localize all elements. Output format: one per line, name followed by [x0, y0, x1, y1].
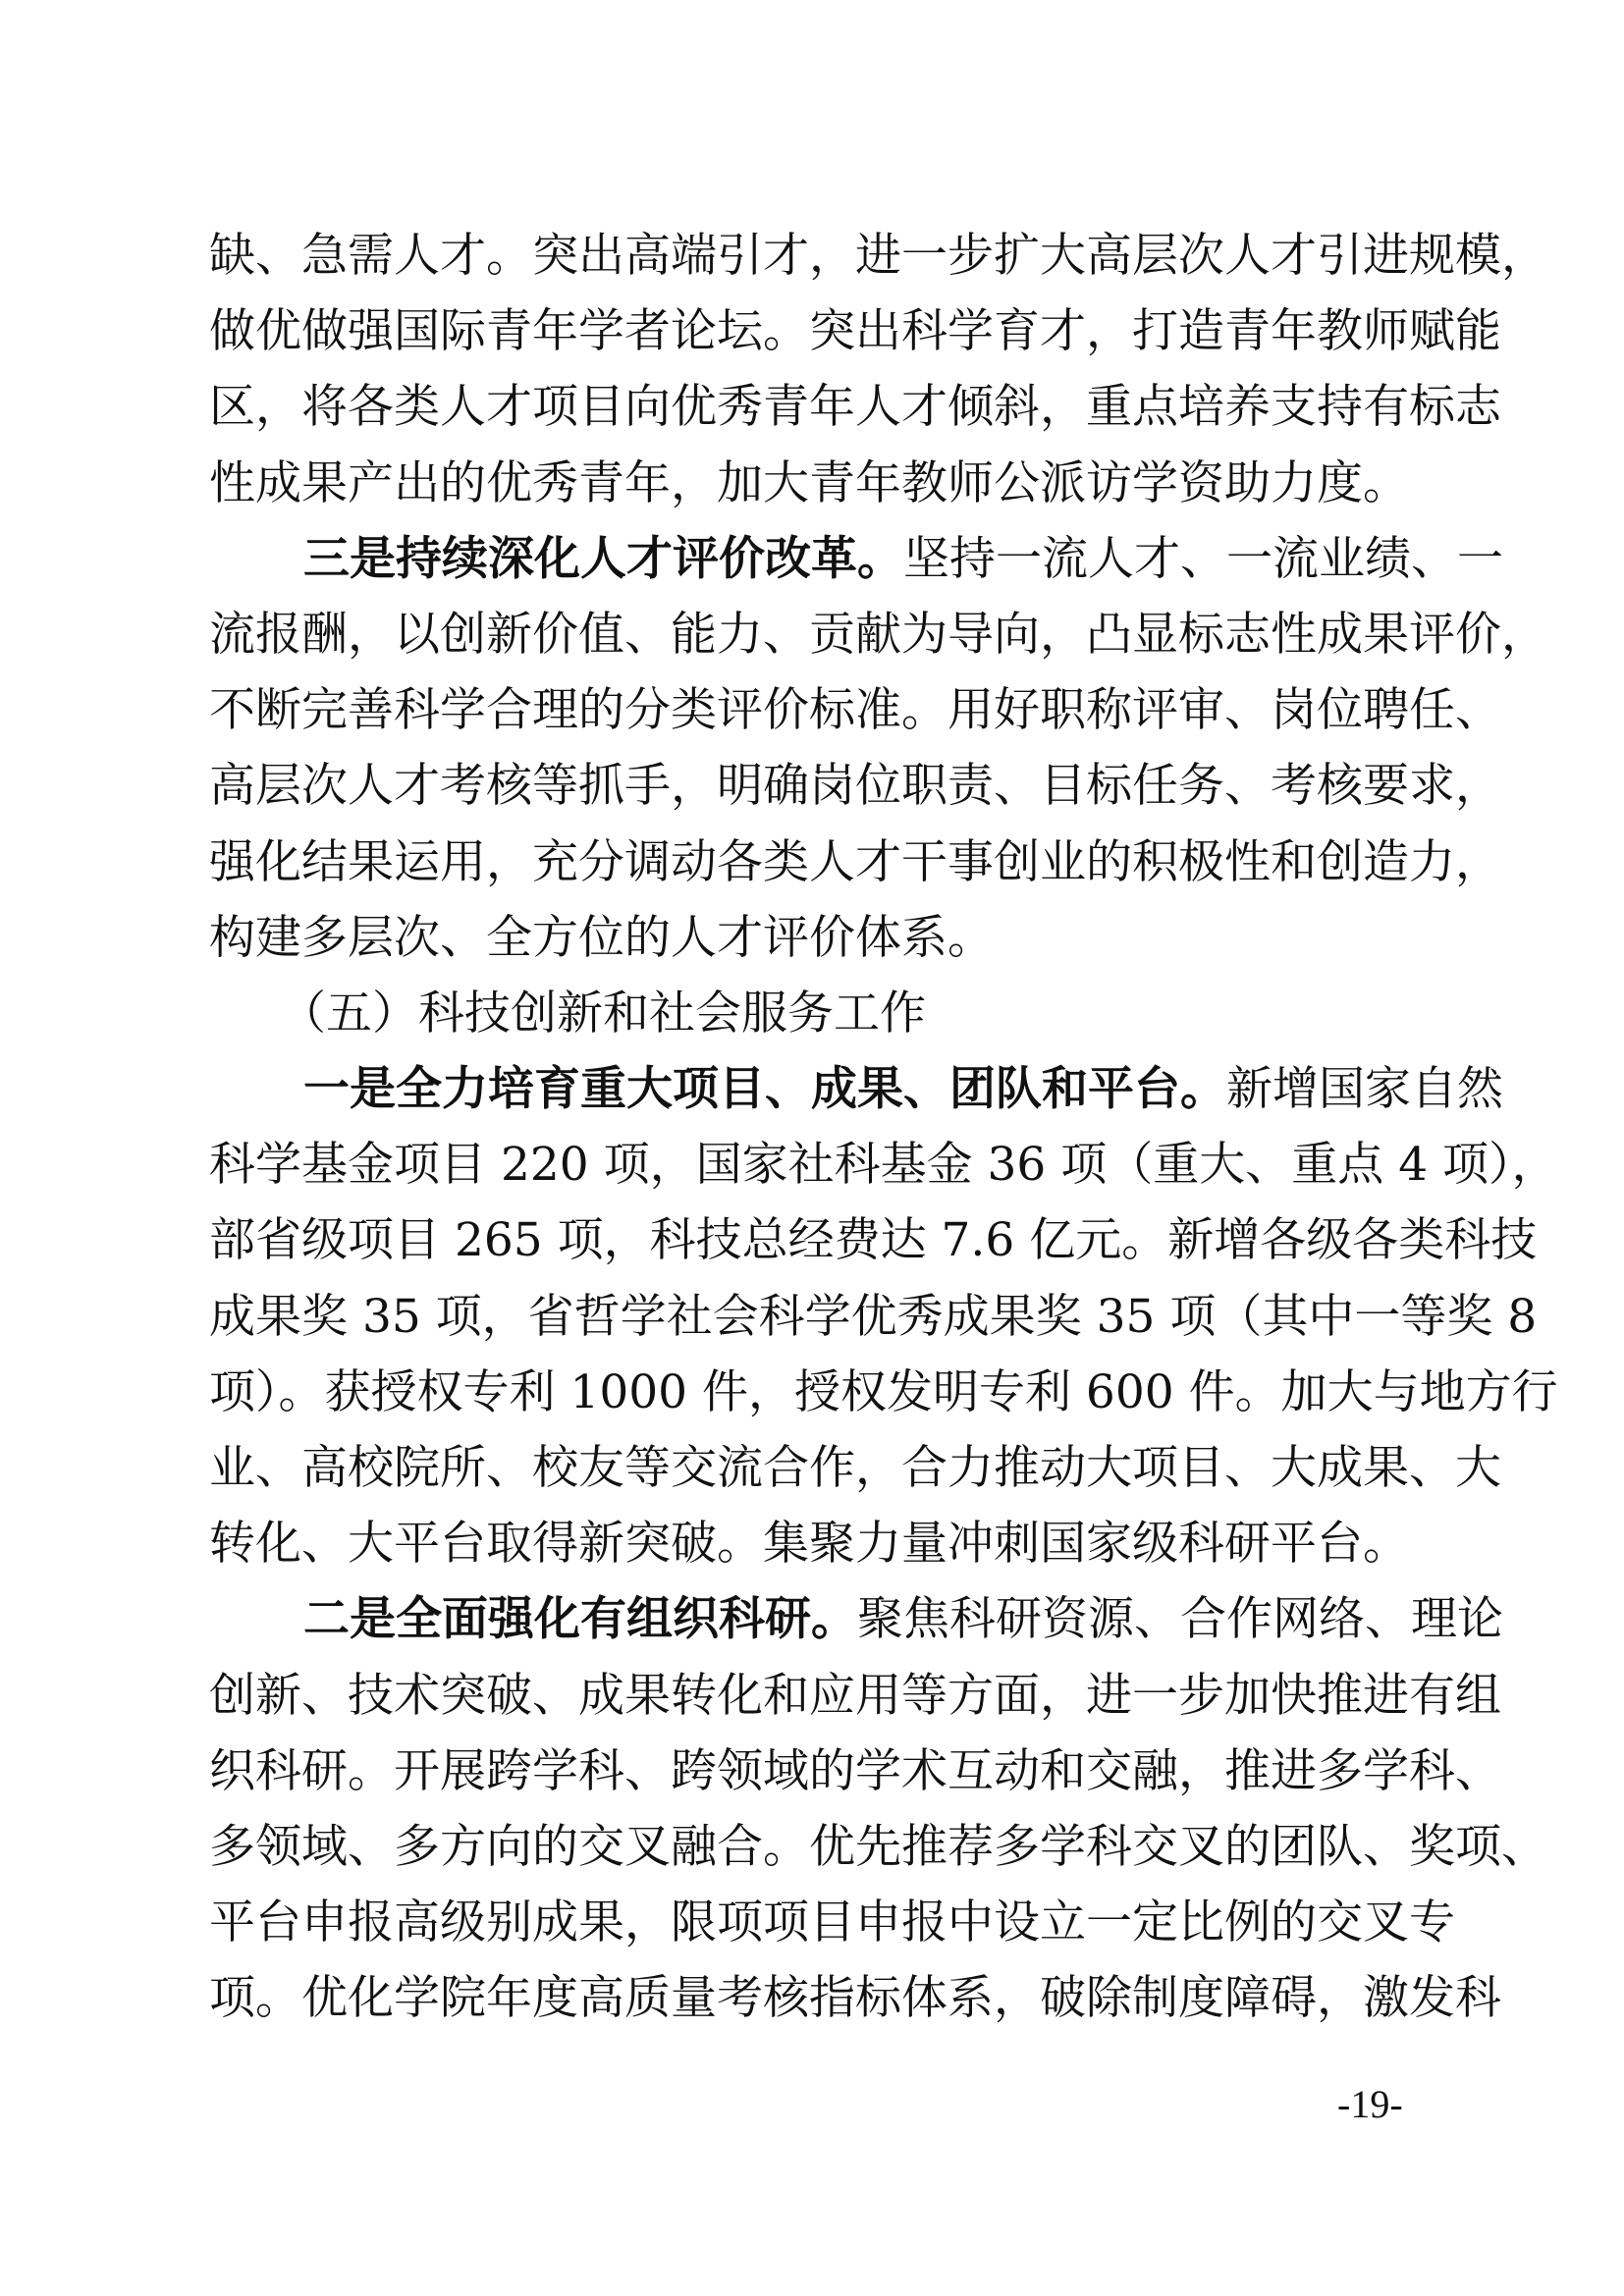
- text-line: 不断完善科学合理的分类评价标准。用好职称评审、岗位聘任、: [209, 672, 1419, 748]
- text-line: 织科研。开展跨学科、跨领域的学术互动和交融，推进多学科、: [209, 1734, 1419, 1809]
- page-number: -19-: [1337, 2081, 1403, 2127]
- text-line: 流报酬，以创新价值、能力、贡献为导向，凸显标志性成果评价，: [209, 597, 1419, 672]
- paragraph-lead-bold: 一是全力培育重大项目、成果、团队和平台。: [303, 1062, 1226, 1116]
- document-page: 缺、急需人才。突出高端引才，进一步扩大高层次人才引进规模， 做优做强国际青年学者…: [209, 218, 1419, 2037]
- text-span: 新增国家自然: [1226, 1062, 1503, 1116]
- text-line: 业、高校院所、校友等交流合作，合力推动大项目、大成果、大: [209, 1430, 1419, 1506]
- text-line: 转化、大平台取得新突破。集聚力量冲刺国家级科研平台。: [209, 1506, 1419, 1581]
- paragraph-talent-evaluation-first-line: 三是持续深化人才评价改革。坚持一流人才、一流业绩、一: [209, 521, 1419, 597]
- text-line: 区，将各类人才项目向优秀青年人才倾斜，重点培养支持有标志: [209, 369, 1419, 445]
- text-line: 高层次人才考核等抓手，明确岗位职责、目标任务、考核要求，: [209, 748, 1419, 824]
- text-line: 多领域、多方向的交叉融合。优先推荐多学科交叉的团队、奖项、: [209, 1809, 1419, 1885]
- text-line: 构建多层次、全方位的人才评价体系。: [209, 900, 1419, 976]
- text-line: 创新、技术突破、成果转化和应用等方面，进一步加快推进有组: [209, 1658, 1419, 1734]
- text-line: 性成果产出的优秀青年，加大青年教师公派访学资助力度。: [209, 446, 1419, 521]
- text-line: 项）。获授权专利 1000 件，授权发明专利 600 件。加大与地方行: [209, 1355, 1419, 1430]
- paragraph-major-projects-first-line: 一是全力培育重大项目、成果、团队和平台。新增国家自然: [209, 1051, 1419, 1127]
- text-line: 做优做强国际青年学者论坛。突出科学育才，打造青年教师赋能: [209, 294, 1419, 369]
- text-line: 强化结果运用，充分调动各类人才干事创业的积极性和创造力，: [209, 825, 1419, 900]
- text-span: 聚焦科研资源、合作网络、理论: [857, 1592, 1503, 1646]
- paragraph-lead-bold: 二是全面强化有组织科研。: [303, 1592, 857, 1646]
- text-line: 成果奖 35 项，省哲学社会科学优秀成果奖 35 项（其中一等奖 8: [209, 1279, 1419, 1355]
- text-line: 项。优化学院年度高质量考核指标体系，破除制度障碍，激发科: [209, 1960, 1419, 2036]
- text-line: 部省级项目 265 项，科技总经费达 7.6 亿元。新增各级各类科技: [209, 1202, 1419, 1278]
- text-line: 平台申报高级别成果，限项项目申报中设立一定比例的交叉专: [209, 1885, 1419, 1960]
- text-line: 缺、急需人才。突出高端引才，进一步扩大高层次人才引进规模，: [209, 218, 1419, 294]
- paragraph-organized-research-first-line: 二是全面强化有组织科研。聚焦科研资源、合作网络、理论: [209, 1581, 1419, 1657]
- section-heading: （五）科技创新和社会服务工作: [209, 976, 1419, 1051]
- text-span: 坚持一流人才、一流业绩、一: [903, 532, 1503, 586]
- text-line: 科学基金项目 220 项，国家社科基金 36 项（重大、重点 4 项），: [209, 1127, 1419, 1202]
- paragraph-lead-bold: 三是持续深化人才评价改革。: [303, 532, 903, 586]
